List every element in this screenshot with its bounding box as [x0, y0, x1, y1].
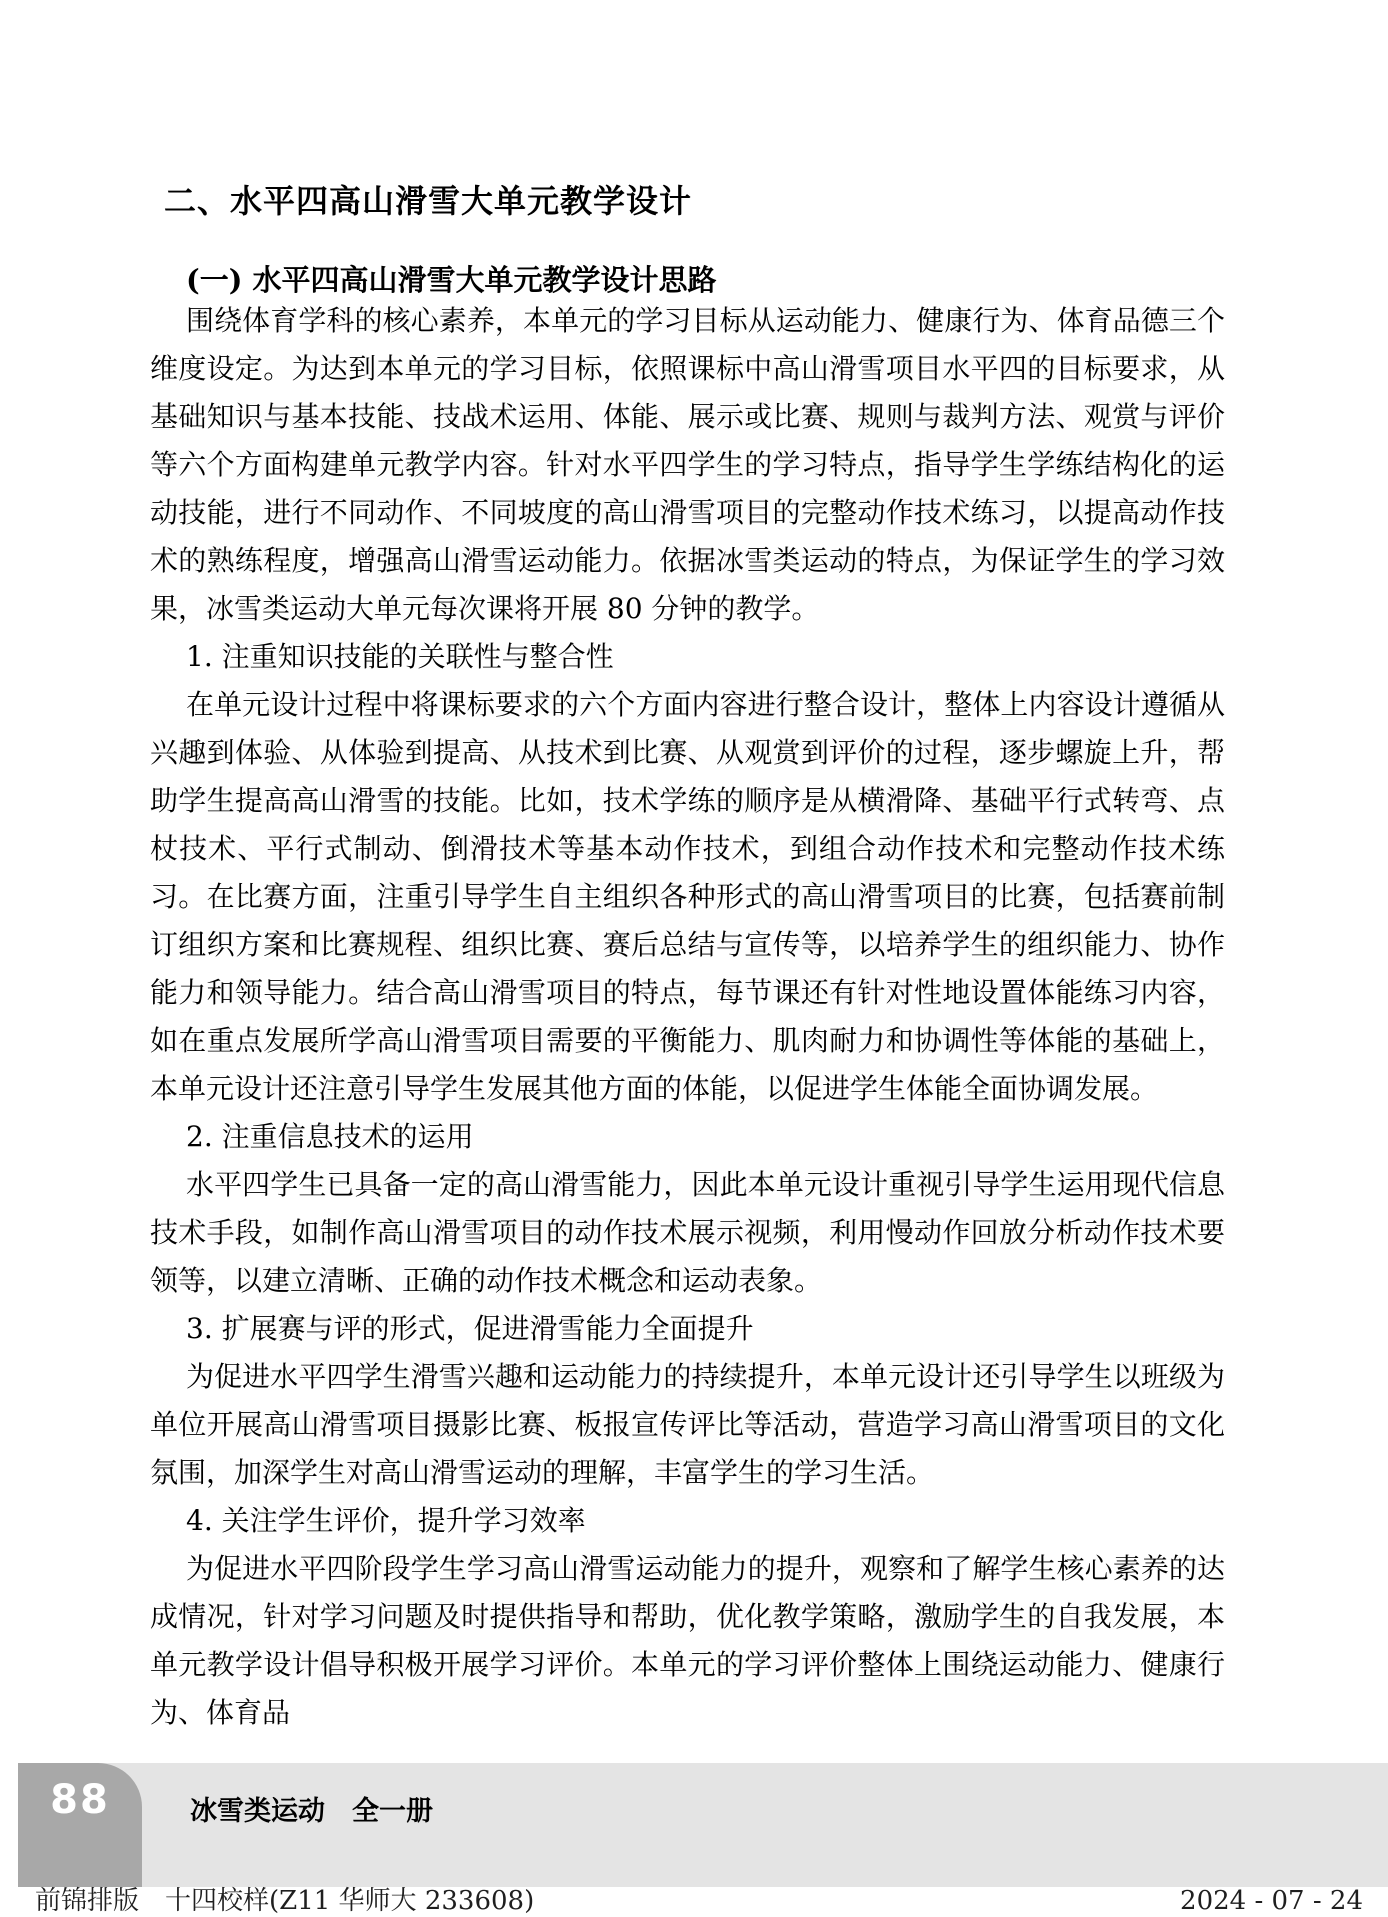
body-paragraph: 为促进水平四学生滑雪兴趣和运动能力的持续提升，本单元设计还引导学生以班级为单位开…: [150, 1353, 1225, 1497]
body-paragraph: 围绕体育学科的核心素养，本单元的学习目标从运动能力、健康行为、体育品德三个维度设…: [150, 297, 1225, 633]
footer-band: 88 冰雪类运动 全一册: [18, 1763, 1388, 1887]
page-number: 88: [50, 1779, 110, 1821]
chapter-title: 二、水平四高山滑雪大单元教学设计: [150, 183, 1225, 219]
body-subheading: 1. 注重知识技能的关联性与整合性: [150, 633, 1225, 681]
body-paragraph: 在单元设计过程中将课标要求的六个方面内容进行整合设计，整体上内容设计遵循从兴趣到…: [150, 681, 1225, 1113]
body-subheading: 4. 关注学生评价，提升学习效率: [150, 1497, 1225, 1545]
section-heading: (一) 水平四高山滑雪大单元教学设计思路: [150, 263, 1225, 297]
proof-bar: 前锦排版 十四校样(Z11 华师大 233608) 2024 - 07 - 24: [0, 1886, 1388, 1917]
page-number-block: 88: [18, 1763, 142, 1887]
body-paragraph: 水平四学生已具备一定的高山滑雪能力，因此本单元设计重视引导学生运用现代信息技术手…: [150, 1161, 1225, 1305]
proof-date: 2024 - 07 - 24: [1180, 1886, 1363, 1917]
body-subheading: 2. 注重信息技术的运用: [150, 1113, 1225, 1161]
body-paragraph: 为促进水平四阶段学生学习高山滑雪运动能力的提升，观察和了解学生核心素养的达成情况…: [150, 1545, 1225, 1737]
book-page: { "page": { "title": "二、水平四高山滑雪大单元教学设计",…: [0, 0, 1388, 1917]
body-subheading: 3. 扩展赛与评的形式，促进滑雪能力全面提升: [150, 1305, 1225, 1353]
proof-info: 前锦排版 十四校样(Z11 华师大 233608): [35, 1886, 534, 1917]
page-content: 二、水平四高山滑雪大单元教学设计 (一) 水平四高山滑雪大单元教学设计思路 围绕…: [150, 0, 1225, 1737]
book-title: 冰雪类运动 全一册: [190, 1795, 433, 1829]
